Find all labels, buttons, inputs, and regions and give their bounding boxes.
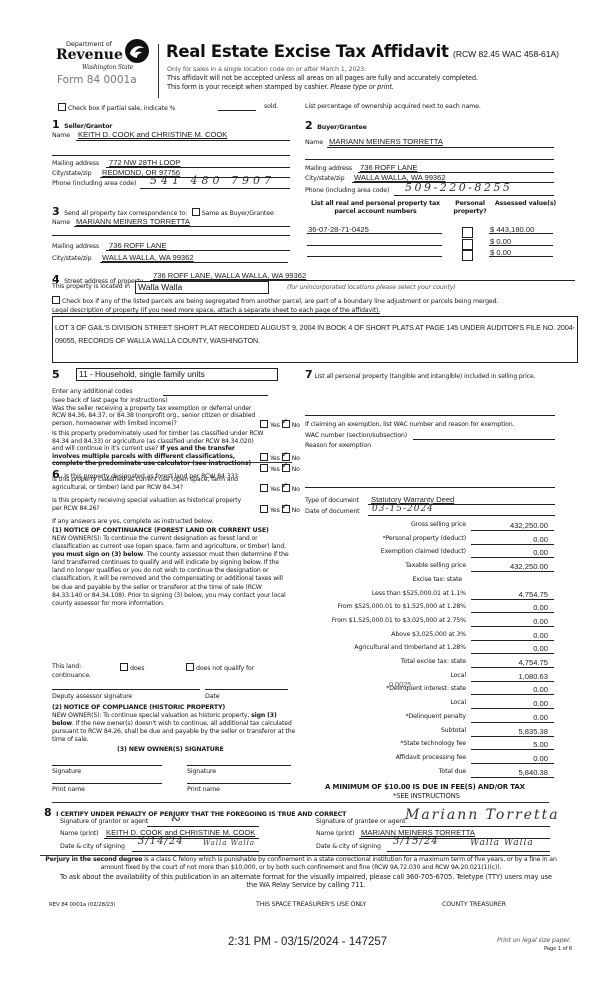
print-note: Print on legal size paper. — [497, 937, 571, 944]
buyer-phone-field[interactable]: 509-220-8255 — [405, 181, 512, 194]
tax-row-value[interactable]: 0.00 — [533, 644, 548, 653]
personal-property-label: 7 List all personal property (tangible a… — [305, 371, 555, 381]
current-use-question: Is this property classified as current u… — [52, 476, 252, 493]
tax-row-value[interactable]: 0.00 — [533, 631, 548, 640]
tax-row-line — [471, 763, 554, 764]
personal-property-field[interactable] — [305, 415, 555, 416]
tax-row: Local 0.00 — [305, 699, 588, 710]
additional-codes-field[interactable] — [163, 395, 268, 396]
tax-row-label: Local — [450, 672, 466, 679]
assessed-value-header: Assessed value(s) — [493, 200, 558, 208]
correspondence-city-line — [100, 262, 288, 263]
new-owner-signature-1-label: Signature — [52, 768, 81, 775]
deputy-signature-field[interactable] — [52, 689, 200, 690]
grantee-city-field[interactable]: Walla Walla — [470, 838, 534, 848]
document-type-field[interactable]: Statutory Warranty Deed — [371, 495, 454, 504]
seller-phone-label: Phone (including area code) — [52, 180, 136, 187]
personal-property-header: Personal property? — [450, 200, 490, 216]
grantor-signature-label: Signature of grantor or agent — [60, 818, 148, 825]
timber-yes-checkbox[interactable] — [260, 453, 268, 461]
tax-row: Affidavit processing fee 0.00 — [305, 754, 588, 765]
same-as-buyer-checkbox[interactable] — [192, 208, 200, 216]
ownership-note: List percentage of ownership acquired ne… — [305, 103, 481, 110]
tax-row-label: From $525,000.01 to $1,525,000 at 1.28% — [337, 603, 466, 610]
logo-swirl-icon — [124, 38, 150, 64]
timber-no-checkbox[interactable] — [282, 453, 290, 461]
property-located-hint: (for unincorporated locations please sel… — [287, 284, 456, 291]
see-instructions-note: *SEE INSTRUCTIONS — [393, 792, 460, 800]
assessed-value-field[interactable]: $ 0.00 — [490, 237, 511, 246]
cashier-stamp: 2:31 PM - 03/15/2024 - 147257 — [228, 936, 387, 948]
state-line: Washington State — [82, 64, 133, 71]
header-note-2: This affidavit will not be accepted unle… — [167, 74, 478, 82]
seller-name-line — [76, 140, 290, 141]
header-divider — [158, 44, 159, 98]
tax-row: Taxable selling price 432,250.00 — [305, 562, 588, 573]
partial-sale-checkbox[interactable] — [58, 103, 66, 111]
notice-continuance-text: NEW OWNER(S): To continue the current de… — [52, 535, 292, 608]
tax-row-value[interactable]: 0.00 — [533, 535, 548, 544]
section-6-instructions: If any answers are yes, complete as inst… — [52, 518, 213, 525]
correspondence-name-line-2[interactable] — [52, 235, 290, 236]
tax-row-value[interactable]: 5.00 — [533, 740, 548, 749]
tax-row-label: *State technology fee — [400, 740, 466, 747]
new-owner-print-1-label: Print name — [52, 786, 85, 793]
tax-row-value[interactable]: 0.00 — [533, 603, 548, 612]
additional-codes-hint: (see back of last page for instructions) — [52, 397, 168, 404]
buyer-heading: 2 Buyer/Grantee — [305, 116, 367, 134]
parcel-number-line — [307, 256, 442, 257]
correspondence-mailing-field[interactable]: 736 ROFF LANE — [109, 241, 166, 250]
document-date-line — [368, 515, 555, 516]
current-use-yes-checkbox[interactable] — [260, 484, 268, 492]
tax-row-value[interactable]: 0.00 — [533, 713, 548, 722]
tax-row-label: Taxable selling price — [405, 562, 466, 569]
header-note-3: This form is your receipt when stamped b… — [167, 83, 394, 91]
tax-row-line — [471, 694, 554, 695]
tax-row-label: Affidavit processing fee — [396, 754, 466, 761]
personal-property-box[interactable] — [462, 250, 473, 261]
tax-row-line — [471, 530, 554, 531]
tax-row-label: Local — [450, 699, 466, 706]
property-street-field[interactable]: 736 ROFF LANE, WALLA WALLA, WA 99362 — [153, 271, 306, 280]
does-qualify-checkbox[interactable] — [120, 663, 128, 671]
document-date-label: Date of document — [305, 508, 360, 515]
exemption-no-checkbox[interactable] — [282, 420, 290, 428]
tax-row-label: *Delinquent penalty — [405, 713, 466, 720]
tax-row-line — [471, 626, 554, 627]
property-located-label: This property is located in — [52, 283, 130, 290]
wac-number-label: WAC number (section/subsection) — [305, 432, 407, 439]
tax-row-value[interactable]: 432,250.00 — [510, 521, 548, 530]
tax-row-line — [471, 557, 554, 558]
historic-yes-checkbox[interactable] — [260, 505, 268, 513]
county-treasurer-label: COUNTY TREASURER — [442, 901, 506, 908]
new-owner-signature-2-label: Signature — [187, 768, 216, 775]
grantee-date-line — [387, 851, 550, 852]
tax-row-value[interactable]: 4,754.75 — [518, 590, 548, 599]
tax-row-line — [471, 571, 554, 572]
tax-row-value[interactable]: 1,080.63 — [518, 672, 548, 681]
tax-row: Subtotal 5,835.38 — [305, 727, 588, 738]
tax-row: Above $3,025,000 at 3% 0.00 — [305, 631, 588, 642]
tax-row: *Delinquent penalty 0.00 — [305, 713, 588, 724]
tax-row: Less than $525,000.01 at 1.1% 4,754.75 — [305, 590, 588, 601]
partial-sale-percent-field[interactable] — [218, 110, 256, 111]
tax-row-value[interactable]: 432,250.00 — [510, 562, 548, 571]
grantee-signature-label: Signature of grantee or agent — [316, 818, 405, 825]
buyer-phone-label: Phone (including area code) — [305, 187, 389, 194]
tax-row-label: Agricultural and timberland at 1.28% — [354, 644, 466, 651]
seller-mailing-field[interactable]: 772 NW 28TH LOOP — [109, 158, 180, 167]
does-not-qualify-checkbox[interactable] — [186, 663, 194, 671]
local-rate: 0.0025 — [389, 680, 411, 689]
tax-row-line — [471, 640, 554, 641]
minimum-due-note: A MINIMUM OF $10.00 IS DUE IN FEE(S) AND… — [325, 783, 525, 791]
grantee-date-field[interactable]: 3/15/24 — [393, 836, 439, 847]
correspondence-name-label: Name — [52, 219, 70, 226]
deputy-signature-label: Deputy assessor signature — [52, 693, 132, 700]
tax-row-value[interactable]: 0.00 — [533, 548, 548, 557]
tax-row-line — [471, 544, 554, 545]
correspondence-city-label: City/state/zip — [52, 255, 92, 262]
continuance-label: continuance. — [52, 672, 91, 679]
grantor-date-label: Date & city of signing — [60, 843, 125, 850]
seller-phone-line — [140, 188, 290, 189]
tax-row-line — [471, 777, 554, 778]
tax-row-label: Less than $525,000.01 at 1.1% — [372, 590, 466, 597]
exemption-answer: Yes No — [260, 420, 300, 429]
forest-answer: Yes No — [260, 464, 300, 473]
tax-row-value[interactable]: 0.00 — [533, 617, 548, 626]
tax-row-value[interactable]: 5,840.38 — [518, 768, 548, 777]
treasurer-use-label: THIS SPACE TREASURER'S USE ONLY — [256, 901, 366, 908]
header-note-1: Only for sales in a single location code… — [167, 65, 366, 73]
segregated-row: Check box if any of the listed parcels a… — [52, 296, 498, 305]
assessed-value-field[interactable]: $ 0.00 — [490, 248, 511, 257]
correspondence-city-field[interactable]: WALLA WALLA, WA 99362 — [102, 253, 194, 262]
historic-question: Is this property receiving special valua… — [52, 497, 252, 514]
tax-row-label: Exemption claimed (deduct) — [381, 548, 466, 555]
new-owner-print-2-label: Print name — [187, 786, 220, 793]
assessed-value-field[interactable]: $ 443,180.00 — [490, 225, 534, 234]
property-location-select[interactable]: Walla Walla — [135, 281, 269, 294]
tax-row-line — [471, 749, 554, 750]
tax-row-line — [471, 653, 554, 654]
tax-row-label: Gross selling price — [411, 521, 466, 528]
tax-row-line — [471, 612, 554, 613]
tax-row-line — [471, 667, 554, 668]
parcel-number-field[interactable]: 36-07-28-71-0425 — [308, 225, 369, 234]
forest-yes-checkbox[interactable] — [260, 464, 268, 472]
historic-answer: Yes No — [260, 505, 300, 514]
tax-row-value[interactable]: 4,754.75 — [518, 658, 548, 667]
new-owner-signature-1-field[interactable] — [52, 765, 162, 766]
dor-logo: Department of Revenue Washington State F… — [56, 40, 156, 100]
grantor-signature-scribble: ∾ — [170, 812, 181, 826]
tax-row-line — [471, 722, 554, 723]
tax-row: Total excise tax: state 4,754.75 — [305, 658, 588, 669]
land-use-code-select[interactable]: 11 - Household, single family units — [76, 368, 278, 381]
document-date-field[interactable]: 03-15-2024 — [372, 504, 434, 514]
buyer-city-label: City/state/zip — [305, 175, 345, 182]
legal-description-label: Legal description of property (if you ne… — [52, 307, 380, 314]
historic-no-checkbox[interactable] — [282, 505, 290, 513]
grantor-name-label: Name (print) — [60, 830, 99, 837]
additional-codes-label: Enter any additional codes — [52, 388, 132, 395]
qualifies-option: does — [120, 663, 144, 672]
tax-row: *Personal property (deduct) 0.00 — [305, 535, 588, 546]
new-owner-signature-2-field[interactable] — [187, 765, 291, 766]
deputy-date-label: Date — [205, 693, 219, 700]
tax-row: From $525,000.01 to $1,525,000 at 1.28% … — [305, 603, 588, 614]
tax-row-value[interactable]: 0.00 — [533, 754, 548, 763]
tax-row: *State technology fee 5.00 — [305, 740, 588, 751]
tax-row: Gross selling price 432,250.00 — [305, 521, 588, 532]
tax-row-value[interactable]: 5,835.38 — [518, 727, 548, 736]
tax-row-value[interactable]: 0.00 — [533, 685, 548, 694]
tax-row-line — [471, 681, 554, 682]
tax-row: Excise tax: state — [305, 576, 588, 587]
tax-row: Agricultural and timberland at 1.28% 0.0… — [305, 644, 588, 655]
grantee-date-label: Date & city of signing — [316, 843, 381, 850]
grantee-signature-line — [400, 826, 550, 827]
tax-row-line — [471, 708, 554, 709]
legal-description-field[interactable]: LOT 3 OF GAIL'S DIVISION STREET SHORT PL… — [52, 316, 578, 363]
seller-phone-field[interactable]: 541 480 7907 — [150, 174, 275, 187]
exemption-reason-field[interactable] — [305, 487, 555, 488]
tax-row: *Delinquent interest: state 0.00 — [305, 685, 588, 696]
partial-sale-row: Check box if partial sale, indicate % so… — [58, 103, 175, 112]
buyer-mailing-label: Mailing address — [305, 165, 352, 172]
tax-row-label: Above $3,025,000 at 3% — [391, 631, 466, 638]
section-5-number: 5 — [52, 368, 60, 381]
wac-number-field[interactable] — [413, 439, 555, 440]
page-number: Page 1 of 6 — [544, 946, 572, 952]
correspondence-mailing-label: Mailing address — [52, 243, 99, 250]
current-use-answer: Yes No — [260, 484, 300, 493]
buyer-name-field[interactable]: MARIANN MEINERS TORRETTA — [329, 137, 443, 146]
tax-row-value[interactable]: 0.00 — [533, 699, 548, 708]
notice-continuance-title: (1) NOTICE OF CONTINUANCE (FOREST LAND O… — [52, 527, 269, 534]
grantee-name-label: Name (print) — [316, 830, 355, 837]
grantor-signature-field[interactable] — [147, 826, 259, 827]
timber-answer: Yes No — [260, 453, 300, 462]
perjury-notice: Perjury in the second degree is a class … — [36, 856, 566, 871]
new-owner-signature-title: (3) NEW OWNER(S) SIGNATURE — [117, 746, 224, 753]
section-5-divider — [52, 462, 292, 463]
seller-mailing-label: Mailing address — [52, 160, 99, 167]
revision-label: REV 84 0001a (02/28/23) — [49, 902, 115, 908]
form-number: Form 84 0001a — [57, 74, 137, 86]
alternate-format-notice: To ask about the availability of this pu… — [56, 873, 556, 889]
tax-row-label: Subtotal — [441, 727, 466, 734]
tax-row-line — [471, 736, 554, 737]
seller-name-line-2[interactable] — [52, 155, 290, 156]
seller-city-label: City/state/zip — [52, 170, 92, 177]
tax-row: Local 1,080.63 — [305, 672, 588, 683]
exemption-reason-label: Reason for exemption — [305, 442, 371, 449]
tax-row-label: Total excise tax: state — [401, 658, 466, 665]
parcel-number-line — [307, 245, 442, 246]
tax-row: Total due 5,840.38 — [305, 768, 588, 779]
this-land-label: This land: — [52, 663, 81, 670]
correspondence-name-field[interactable]: MARIANN MEINERS TORRETTA — [76, 217, 190, 226]
segregated-checkbox[interactable] — [52, 296, 60, 304]
correspondence-mailing-line — [106, 250, 290, 251]
grantor-date-field[interactable]: 3/14/24 — [138, 836, 184, 847]
page-title: Real Estate Excise Tax Affidavit (RCW 82… — [166, 42, 559, 62]
forest-no-checkbox[interactable] — [282, 464, 290, 472]
exemption-claim-label: If claiming an exemption, list WAC numbe… — [305, 421, 514, 428]
exemption-question: Was the seller receiving a property tax … — [52, 405, 260, 427]
tax-row-label: *Personal property (deduct) — [382, 535, 466, 542]
buyer-name-line-2[interactable] — [305, 159, 554, 160]
document-type-label: Type of document — [305, 497, 359, 504]
seller-name-field[interactable]: KEITH D. COOK and CHRISTINE M. COOK — [78, 130, 227, 139]
notice-compliance-title: (2) NOTICE OF COMPLIANCE (HISTORIC PROPE… — [52, 704, 225, 711]
notice-compliance-text: NEW OWNER(S): To continue special valuat… — [52, 712, 296, 744]
buyer-phone-line — [394, 195, 554, 196]
personal-property-checkbox[interactable] — [462, 247, 475, 265]
new-owner-print-2-field[interactable] — [187, 783, 291, 784]
tax-row: From $1,525,000.01 to $3,025,000 at 2.75… — [305, 617, 588, 628]
tax-row-label: From $1,525,000.01 to $3,025,000 at 2.75… — [332, 617, 466, 624]
tax-row-label: Total due — [439, 768, 466, 775]
buyer-name-line — [327, 147, 554, 148]
tax-row-line — [471, 599, 554, 600]
parcel-header: List all real and personal property tax … — [308, 200, 443, 216]
grantor-city-field[interactable]: Walla Walla — [203, 839, 255, 847]
tax-row-label: Excise tax: state — [412, 576, 462, 583]
grantor-date-line — [132, 851, 259, 852]
deputy-date-field[interactable] — [205, 689, 288, 690]
correspondence-name-line — [74, 226, 290, 227]
new-owner-print-1-field[interactable] — [52, 783, 162, 784]
current-use-no-checkbox[interactable] — [282, 484, 290, 492]
buyer-mailing-field[interactable]: 736 ROFF LANE — [360, 163, 417, 172]
buyer-name-label: Name — [305, 139, 323, 146]
not-qualify-option: does not qualify for — [186, 663, 254, 672]
revenue-wordmark: Revenue — [56, 47, 123, 63]
tax-row: Exemption claimed (deduct) 0.00 — [305, 548, 588, 559]
seller-name-label: Name — [52, 132, 70, 139]
exemption-yes-checkbox[interactable] — [260, 420, 268, 428]
grantee-signature-field[interactable]: Mariann Torretta — [405, 807, 560, 823]
